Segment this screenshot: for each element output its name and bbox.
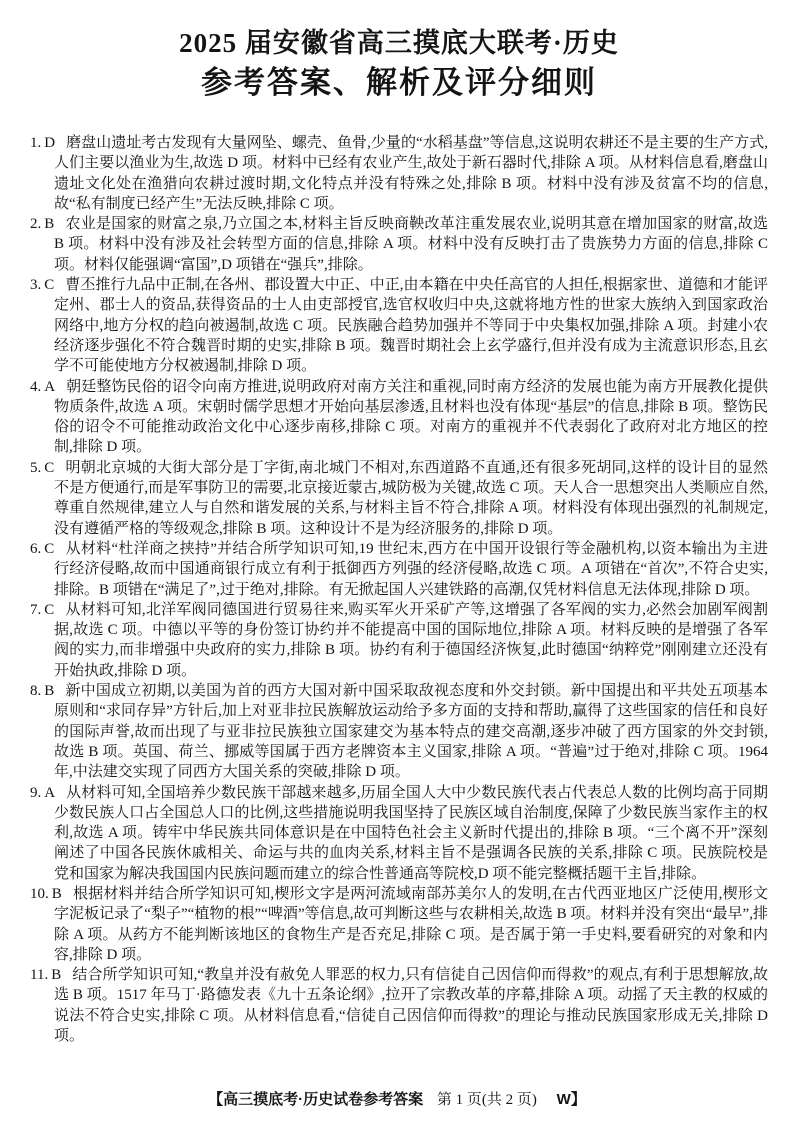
answers-list: 1.D磨盘山遗址考古发现有大量网坠、螺壳、鱼骨,少量的“水稻基盘”等信息,这说明… (30, 133, 768, 1046)
answer-number: 4. (30, 379, 41, 395)
answer-choice: C (44, 602, 54, 618)
document-subtitle: 参考答案、解析及评分细则 (30, 64, 768, 102)
answer-number: 10. (30, 886, 49, 902)
footer-page-number: 第 1 页(共 2 页) (437, 1092, 537, 1108)
answer-item: 7.C从材料可知,北洋军阀同德国进行贸易往来,购买军火开采矿产等,这增强了各军阀… (30, 600, 768, 681)
answer-item: 10.B根据材料并结合所学知识可知,楔形文字是两河流域南部苏美尔人的发明,在古代… (30, 884, 768, 965)
page-footer: 【高三摸底考·历史试卷参考答案 第 1 页(共 2 页) W】 (0, 1088, 794, 1109)
answer-choice: B (51, 967, 61, 983)
answer-number: 7. (30, 602, 41, 618)
answer-item: 9.A从材料可知,全国培养少数民族干部越来越多,历届全国人大中少数民族代表占代表… (30, 783, 768, 884)
answer-choice: C (44, 460, 54, 476)
answer-choice: B (44, 216, 54, 232)
answer-choice: B (52, 886, 62, 902)
answer-item: 4.A朝廷整饬民俗的诏令向南方推进,说明政府对南方关注和重视,同时南方经济的发展… (30, 377, 768, 458)
answer-explanation: 结合所学知识可知,“教皇并没有赦免人罪恶的权力,只有信徒自己因信仰而得救”的观点… (54, 967, 768, 1044)
answer-explanation: 曹丕推行九品中正制,在各州、郡设置大中正、中正,由本籍在中央任高官的人担任,根据… (54, 277, 768, 374)
answer-number: 3. (30, 277, 41, 293)
answer-explanation: 从材料可知,全国培养少数民族干部越来越多,历届全国人大中少数民族代表占代表总人数… (54, 785, 768, 882)
answer-choice: C (44, 277, 54, 293)
answer-choice: C (44, 541, 54, 557)
answer-explanation: 明朝北京城的大街大部分是丁字街,南北城门不相对,东西道路不直通,还有很多死胡同,… (54, 460, 768, 537)
answer-number: 11. (30, 967, 48, 983)
answer-number: 5. (30, 460, 41, 476)
answer-number: 8. (30, 683, 41, 699)
answer-explanation: 朝廷整饬民俗的诏令向南方推进,说明政府对南方关注和重视,同时南方经济的发展也能为… (54, 379, 768, 456)
answer-item: 11.B结合所学知识可知,“教皇并没有赦免人罪恶的权力,只有信徒自己因信仰而得救… (30, 965, 768, 1046)
answer-number: 6. (30, 541, 41, 557)
answer-choice: A (44, 379, 55, 395)
answer-number: 1. (30, 135, 41, 151)
answer-number: 9. (30, 785, 41, 801)
answer-explanation: 磨盘山遗址考古发现有大量网坠、螺壳、鱼骨,少量的“水稻基盘”等信息,这说明农耕还… (54, 135, 768, 212)
footer-version-mark: W】 (557, 1091, 586, 1108)
answer-explanation: 根据材料并结合所学知识可知,楔形文字是两河流域南部苏美尔人的发明,在古代西亚地区… (54, 886, 768, 963)
answer-choice: D (44, 135, 55, 151)
answer-item: 8.B新中国成立初期,以美国为首的西方大国对新中国采取敌视态度和外交封锁。新中国… (30, 681, 768, 782)
exam-title: 2025 届安徽省高三摸底大联考·历史 (30, 26, 768, 60)
answer-item: 2.B农业是国家的财富之泉,乃立国之本,材料主旨反映商鞅改革注重发展农业,说明其… (30, 214, 768, 275)
answer-item: 3.C曹丕推行九品中正制,在各州、郡设置大中正、中正,由本籍在中央任高官的人担任… (30, 275, 768, 376)
answer-explanation: 农业是国家的财富之泉,乃立国之本,材料主旨反映商鞅改革注重发展农业,说明其意在增… (54, 216, 768, 273)
answer-number: 2. (30, 216, 41, 232)
answer-choice: B (44, 683, 54, 699)
answer-item: 5.C明朝北京城的大街大部分是丁字街,南北城门不相对,东西道路不直通,还有很多死… (30, 458, 768, 539)
footer-label: 【高三摸底考·历史试卷参考答案 (208, 1091, 423, 1108)
document-page: 2025 届安徽省高三摸底大联考·历史 参考答案、解析及评分细则 1.D磨盘山遗… (0, 0, 794, 1122)
answer-item: 6.C从材料“杜洋商之挟持”并结合所学知识可知,19 世纪末,西方在中国开设银行… (30, 539, 768, 600)
answer-explanation: 从材料“杜洋商之挟持”并结合所学知识可知,19 世纪末,西方在中国开设银行等金融… (54, 541, 768, 598)
answer-explanation: 新中国成立初期,以美国为首的西方大国对新中国采取敌视态度和外交封锁。新中国提出和… (54, 683, 768, 780)
answer-choice: A (44, 785, 55, 801)
answer-explanation: 从材料可知,北洋军阀同德国进行贸易往来,购买军火开采矿产等,这增强了各军阀的实力… (54, 602, 768, 679)
document-header: 2025 届安徽省高三摸底大联考·历史 参考答案、解析及评分细则 (30, 26, 768, 102)
answer-item: 1.D磨盘山遗址考古发现有大量网坠、螺壳、鱼骨,少量的“水稻基盘”等信息,这说明… (30, 133, 768, 214)
